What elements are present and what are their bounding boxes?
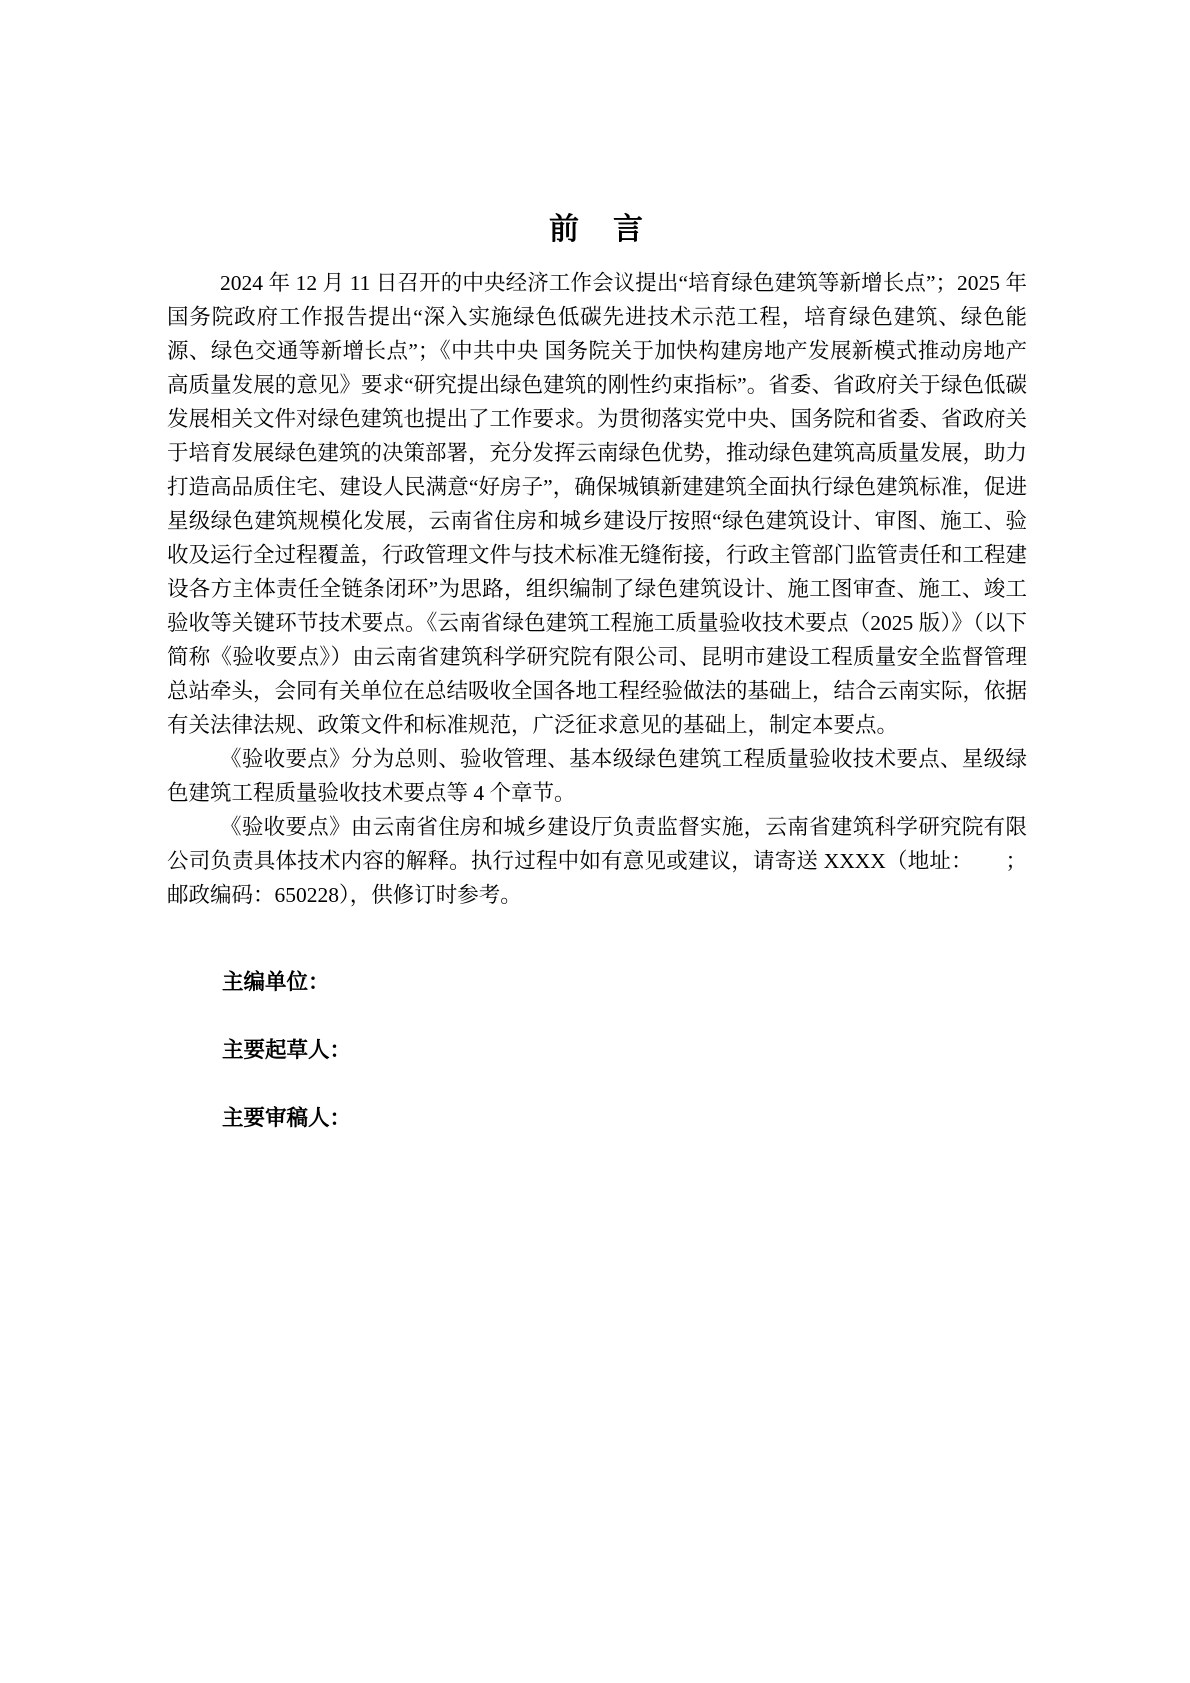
paragraph-chapter-structure: 《验收要点》分为总则、验收管理、基本级绿色建筑工程质量验收技术要点、星级绿色建筑… [167, 742, 1027, 810]
paragraph-implementation-feedback: 《验收要点》由云南省住房和城乡建设厅负责监督实施，云南省建筑科学研究院有限公司负… [167, 810, 1027, 912]
page-title: 前 言 [167, 210, 1027, 250]
main-reviewers-label: 主要审稿人： [222, 1104, 1027, 1132]
document-content: 前 言 2024 年 12 月 11 日召开的中央经济工作会议提出“培育绿色建筑… [167, 190, 1027, 1132]
paragraph-policy-background: 2024 年 12 月 11 日召开的中央经济工作会议提出“培育绿色建筑等新增长… [167, 266, 1027, 742]
document-page: 前 言 2024 年 12 月 11 日召开的中央经济工作会议提出“培育绿色建筑… [0, 0, 1190, 1683]
credits-section: 主编单位： 主要起草人： 主要审稿人： [167, 968, 1027, 1132]
chief-editor-unit-label: 主编单位： [222, 968, 1027, 996]
main-drafters-label: 主要起草人： [222, 1036, 1027, 1064]
